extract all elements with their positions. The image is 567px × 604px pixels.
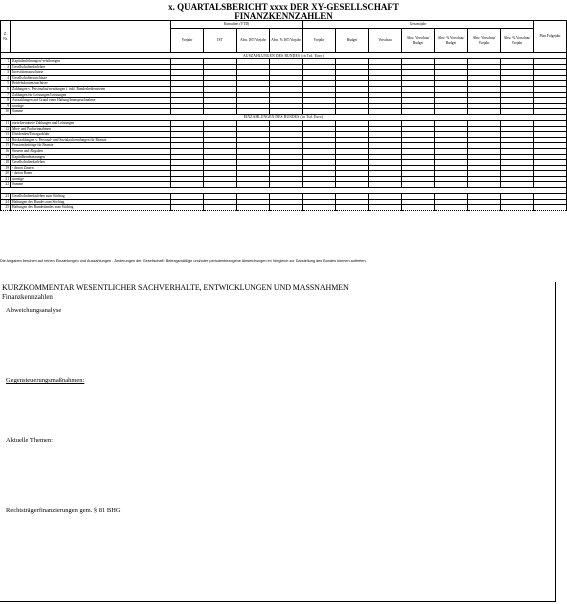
gesamtjahr-col-header: Budget xyxy=(336,29,369,53)
kumuliert-col-header: Abw. % IST/Vorjahr xyxy=(270,29,303,53)
kumuliert-header: Kumuliert (YTD) xyxy=(171,21,303,29)
value-cell[interactable] xyxy=(237,205,270,211)
value-cell[interactable] xyxy=(171,205,204,211)
kumuliert-col-header: IST xyxy=(204,29,237,53)
value-cell[interactable] xyxy=(468,205,501,211)
commentary-title: KURZKOMMENTAR WESENTLICHER SACHVERHALTE,… xyxy=(2,284,349,292)
gesamtjahr-col-header: Abw. Vorschau/ Vorjahr xyxy=(468,29,501,53)
gesamtjahr-col-header: Vorjahr xyxy=(303,29,336,53)
value-cell[interactable] xyxy=(303,205,336,211)
value-cell[interactable] xyxy=(270,205,303,211)
value-cell[interactable] xyxy=(435,205,468,211)
gesamtjahr-col-header: Abw. % Vorschau/ Vorjahr xyxy=(501,29,534,53)
commentary-box: KURZKOMMENTAR WESENTLICHER SACHVERHALTE,… xyxy=(0,282,556,602)
gesamtjahr-col-header: Abw. Vorschau/ Budget xyxy=(402,29,435,53)
row-label: Haftungen des Bundeslandes zum Stichtag xyxy=(11,205,171,211)
label-header xyxy=(11,21,171,53)
kumuliert-col-header: Vorjahr xyxy=(171,29,204,53)
value-cell[interactable] xyxy=(204,205,237,211)
footnote: Die Angaben beruhen auf reinen Einzahlun… xyxy=(0,257,470,265)
commentary-subtitle: Finanzkennzahlen xyxy=(2,293,53,301)
kumuliert-col-header: Abw. IST/Vorjahr xyxy=(237,29,270,53)
commentary-legal-entity-financing[interactable]: Rechtsträgerfinanzierungen gem. § 81 BHG xyxy=(6,507,121,515)
row-number: 25 xyxy=(1,205,11,211)
financial-table: Z. Nr. Kumuliert (YTD) Gesamtjahr Plan F… xyxy=(0,20,567,211)
value-cell[interactable] xyxy=(534,205,567,211)
gesamtjahr-col-header: Vorschau xyxy=(369,29,402,53)
commentary-countermeasures[interactable]: Gegensteuerungsmaßnahmen: xyxy=(6,377,84,385)
commentary-deviation-analysis[interactable]: Abweichungsanalyse xyxy=(6,307,61,315)
commentary-current-topics[interactable]: Aktuelle Themen: xyxy=(6,437,53,445)
gesamtjahr-col-header: Abw. % Vorschau/ Budget xyxy=(435,29,468,53)
plan-folgejahr-header: Plan Folgejahr xyxy=(534,21,567,53)
table-row: 25Haftungen des Bundeslandes zum Stichta… xyxy=(1,205,567,211)
nr-header: Z. Nr. xyxy=(1,21,11,53)
value-cell[interactable] xyxy=(336,205,369,211)
value-cell[interactable] xyxy=(501,205,534,211)
value-cell[interactable] xyxy=(402,205,435,211)
value-cell[interactable] xyxy=(369,205,402,211)
gesamtjahr-header: Gesamtjahr xyxy=(303,21,534,29)
